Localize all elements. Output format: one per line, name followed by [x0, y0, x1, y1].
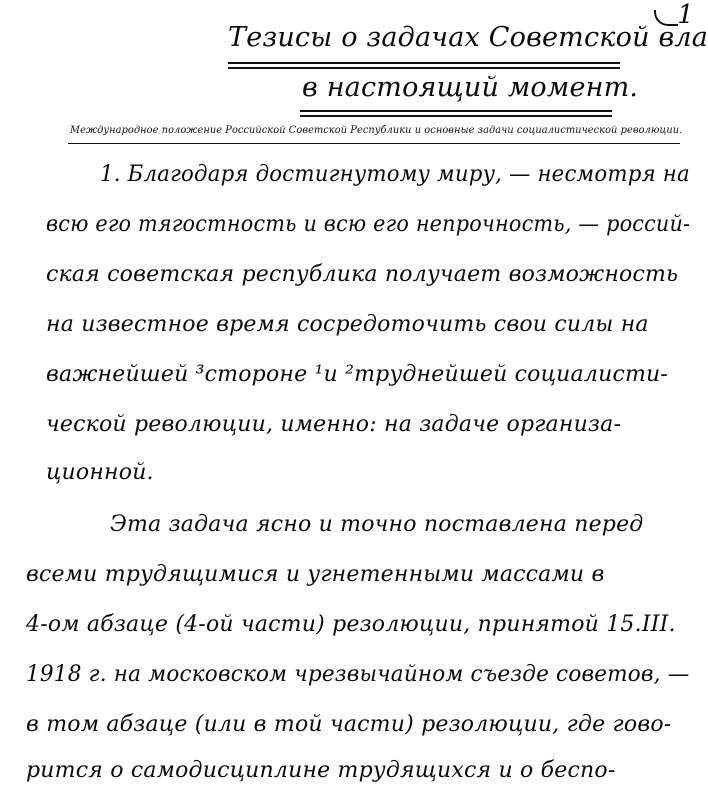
title-line-2: в настоящий момент. — [302, 72, 638, 103]
subtitle-underline — [68, 143, 680, 144]
text-line: 1. Благодаря достигнутому миру, — несмот… — [100, 162, 690, 187]
title-underline-2b — [300, 115, 612, 117]
subtitle: Международное положение Российской Совет… — [70, 124, 682, 136]
text-line: 4-ом абзаце (4-ой части) резолюции, прин… — [26, 612, 676, 637]
title-underline-1b — [228, 67, 620, 69]
text-line: ционной. — [46, 460, 154, 485]
title-line-1: Тезисы о задачах Советской власти — [228, 22, 708, 53]
text-line: на известное время сосредоточить свои си… — [46, 312, 649, 337]
text-line: рится о самодисциплине трудящихся и о бе… — [26, 758, 615, 783]
manuscript-page: 1 Тезисы о задачах Советской власти в на… — [0, 0, 708, 800]
text-line: всеми трудящимися и угнетенными массами … — [26, 562, 605, 587]
text-line: ская советская республика получает возмо… — [46, 262, 678, 287]
text-line: всю его тягостность и всю его непрочност… — [46, 212, 690, 237]
title-underline-2 — [300, 110, 612, 112]
text-line: Эта задача ясно и точно поставлена перед — [110, 512, 643, 537]
text-line: в том абзаце (или в той части) резолюции… — [26, 712, 671, 737]
text-line: важнейшей ³стороне ¹и ²труднейшей социал… — [46, 362, 668, 387]
text-line: 1918 г. на московском чрезвычайном съезд… — [26, 662, 689, 687]
text-line: ческой революции, именно: на задаче орга… — [46, 412, 621, 437]
title-underline-1 — [228, 62, 620, 64]
